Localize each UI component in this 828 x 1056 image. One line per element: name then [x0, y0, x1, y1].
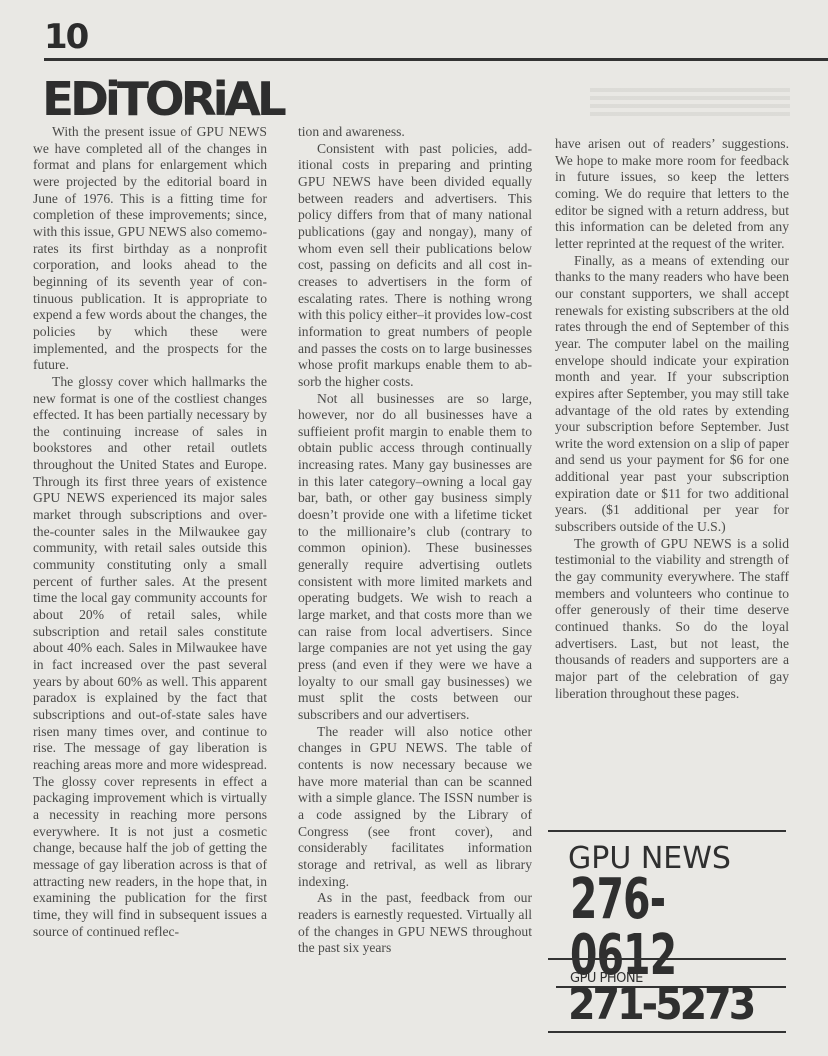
paragraph: Consistent with past policies, add­ition…: [298, 141, 532, 391]
paragraph: have arisen out of readers’ sugges­tions…: [555, 136, 789, 253]
paragraph: tion and awareness.: [298, 124, 532, 141]
ad-bottom-rule: [548, 1031, 786, 1033]
paragraph: As in the past, feedback from our reader…: [298, 890, 532, 957]
ad-top-rule: [548, 830, 786, 832]
paragraph: The reader will also notice other change…: [298, 724, 532, 891]
header-rule: [44, 58, 828, 61]
paragraph: The growth of GPU NEWS is a solid testim…: [555, 536, 789, 703]
bleed-through-text: [590, 88, 790, 118]
article-column-3: have arisen out of readers’ sugges­tions…: [555, 136, 789, 702]
paragraph: Not all businesses are so large, however…: [298, 391, 532, 724]
section-title: EDiTORiAL: [42, 76, 283, 122]
gpu-phone-ad: GPU PHONE 271-5273: [548, 958, 786, 1033]
page-number: 10: [44, 20, 87, 54]
paragraph: The glossy cover which hallmarks the new…: [33, 374, 267, 940]
paragraph: Finally, as a means of extending our tha…: [555, 253, 789, 536]
ad-phone-number: 271-5273: [568, 983, 786, 1027]
paragraph: With the present issue of GPU NEWS we ha…: [33, 124, 267, 374]
article-column-2: tion and awareness. Consistent with past…: [298, 124, 532, 957]
ad-top-rule: [548, 958, 786, 960]
article-column-1: With the present issue of GPU NEWS we ha…: [33, 124, 267, 940]
